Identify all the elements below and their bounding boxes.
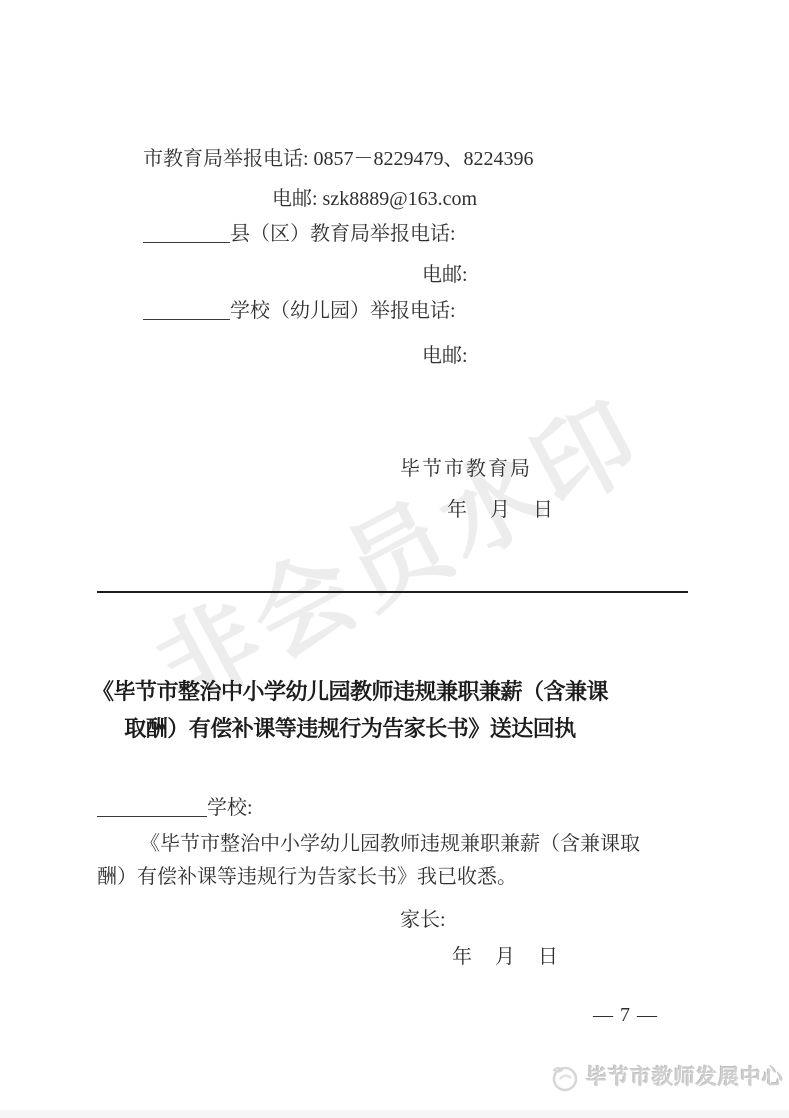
issuer-org-name: 毕节市教育局	[400, 456, 532, 482]
receipt-title-line1: 《毕节市整治中小学幼儿园教师违规兼职兼薪（含兼课	[60, 678, 640, 707]
city-bureau-phone-line: 市教育局举报电话: 0857－8229479、8224396	[143, 146, 534, 172]
receipt-school-line: 学校:	[97, 795, 253, 821]
receipt-school-label: 学校:	[207, 797, 253, 819]
receipt-date-line: 年 月 日	[452, 944, 558, 970]
footer-brand: 毕节市教师发展中心	[548, 1062, 784, 1094]
parent-signature-label: 家长:	[400, 907, 446, 933]
bottom-edge-band	[0, 1110, 789, 1118]
city-bureau-email-line: 电邮: szk8889@163.com	[272, 186, 477, 212]
county-bureau-phone-line: 县（区）教育局举报电话:	[143, 221, 456, 247]
blank-underline	[143, 222, 230, 243]
issuer-date-line: 年 月 日	[447, 497, 553, 523]
county-bureau-email-label: 电邮:	[422, 262, 468, 288]
county-phone-label: 县（区）教育局举报电话:	[230, 223, 456, 245]
school-phone-label: 学校（幼儿园）举报电话:	[230, 300, 456, 322]
footer-logo-icon	[548, 1062, 580, 1094]
document-page: 非会员水印 市教育局举报电话: 0857－8229479、8224396 电邮:…	[0, 0, 789, 1118]
school-phone-line: 学校（幼儿园）举报电话:	[143, 298, 456, 324]
footer-brand-text: 毕节市教师发展中心	[586, 1064, 784, 1091]
school-email-label: 电邮:	[422, 343, 468, 369]
receipt-title-line2: 取酬）有偿补课等违规行为告家长书》送达回执	[60, 715, 640, 744]
section-divider	[97, 591, 688, 593]
blank-underline	[143, 299, 230, 320]
receipt-body-line1: 《毕节市整治中小学幼儿园教师违规兼职兼薪（含兼课取	[140, 831, 640, 857]
receipt-body-line2: 酬）有偿补课等违规行为告家长书》我已收悉。	[97, 864, 517, 890]
blank-underline	[97, 796, 207, 817]
page-number: — 7 —	[593, 1002, 658, 1028]
